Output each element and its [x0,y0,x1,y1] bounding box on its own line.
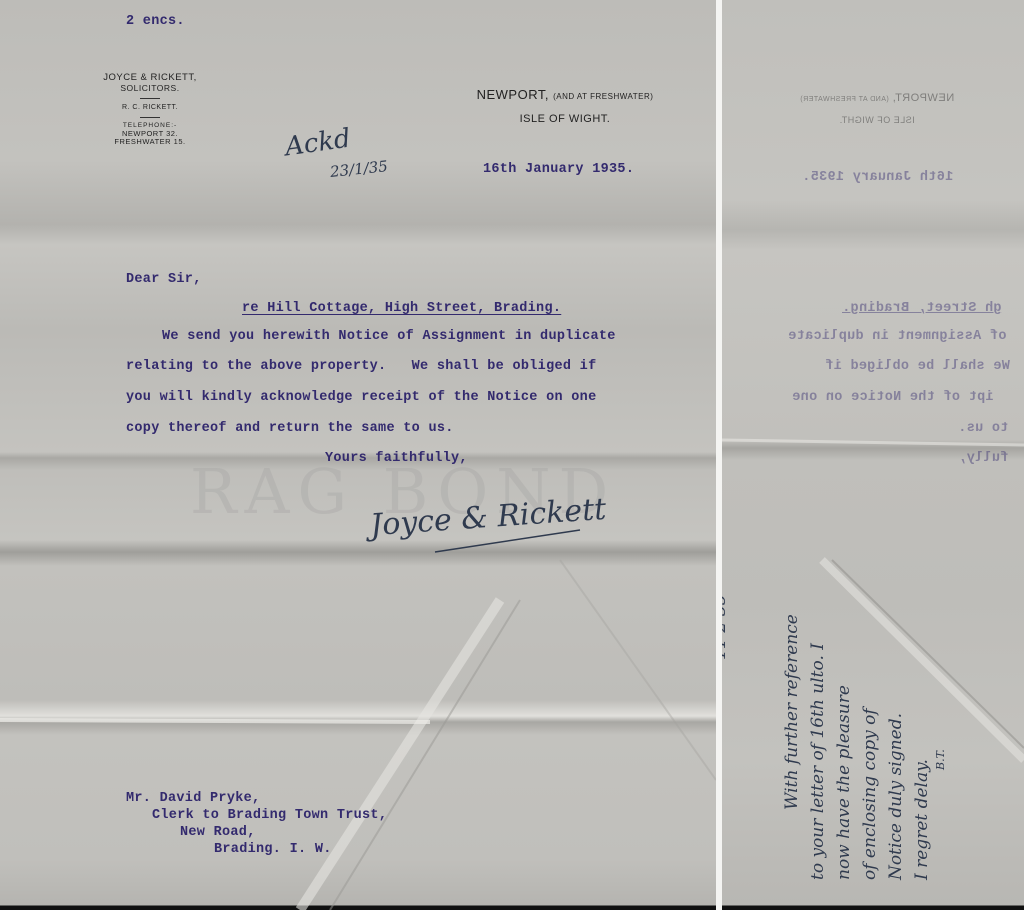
firm-role: SOLICITORS. [70,83,230,94]
note-line-3: now have the pleasure [834,685,854,880]
note-line-2: to your letter of 16th ulto. I [808,643,828,880]
addressee-line-3: New Road, [180,825,256,840]
letter-date: 16th January 1935. [483,162,634,177]
body-line-4: copy thereof and return the same to us. [126,421,454,436]
partner-name: R. C. RICKETT. [70,102,230,113]
body-line-1: We send you herewith Notice of Assignmen… [162,329,616,344]
letterhead-county: ISLE OF WIGHT. [455,108,675,130]
letterhead-right: NEWPORT, (AND AT FRESHWATER) ISLE OF WIG… [455,84,675,130]
handwritten-ack: Ackd [283,124,352,163]
body-line-3: you will kindly acknowledge receipt of t… [126,390,596,405]
note-initials: B.T. [934,749,947,770]
firm-name: JOYCE & RICKETT, [70,72,230,83]
handwritten-ack-date: 23/1/35 [329,157,388,181]
letterhead-left: JOYCE & RICKETT, SOLICITORS. R. C. RICKE… [70,72,230,146]
divider-line [140,98,160,99]
closing: Yours faithfully, [325,451,468,466]
letterhead-town: NEWPORT, [477,87,549,102]
addressee-line-2: Clerk to Brading Town Trust, [152,808,387,823]
enclosures-note: 2 encs. [126,14,185,29]
letter-back-page: NEWPORT, (AND AT FRESHWATER) ISLE OF WIG… [722,0,1024,910]
body-line-2: relating to the above property. We shall… [126,359,596,374]
phone-freshwater: FRESHWATER 15. [70,138,230,146]
note-line-4: of enclosing copy of [860,708,880,880]
subject-line: re Hill Cottage, High Street, Brading. [242,301,561,316]
note-date: 11-2-35 [722,594,730,660]
note-line-1: With further reference [782,614,802,810]
divider-line [140,117,160,118]
note-line-6: I regret delay. [912,759,932,880]
note-line-5: Notice duly signed. [886,713,906,880]
letter-front-page: RAG BOND 2 encs. JOYCE & RICKETT, SOLICI… [0,0,716,910]
addressee-line-4: Brading. I. W. [214,842,332,857]
letterhead-town-note: (AND AT FRESHWATER) [553,92,653,101]
handwritten-note: 11-2-35 With further reference to your l… [722,0,1024,910]
salutation: Dear Sir, [126,272,202,287]
addressee-line-1: Mr. David Pryke, [126,791,260,806]
